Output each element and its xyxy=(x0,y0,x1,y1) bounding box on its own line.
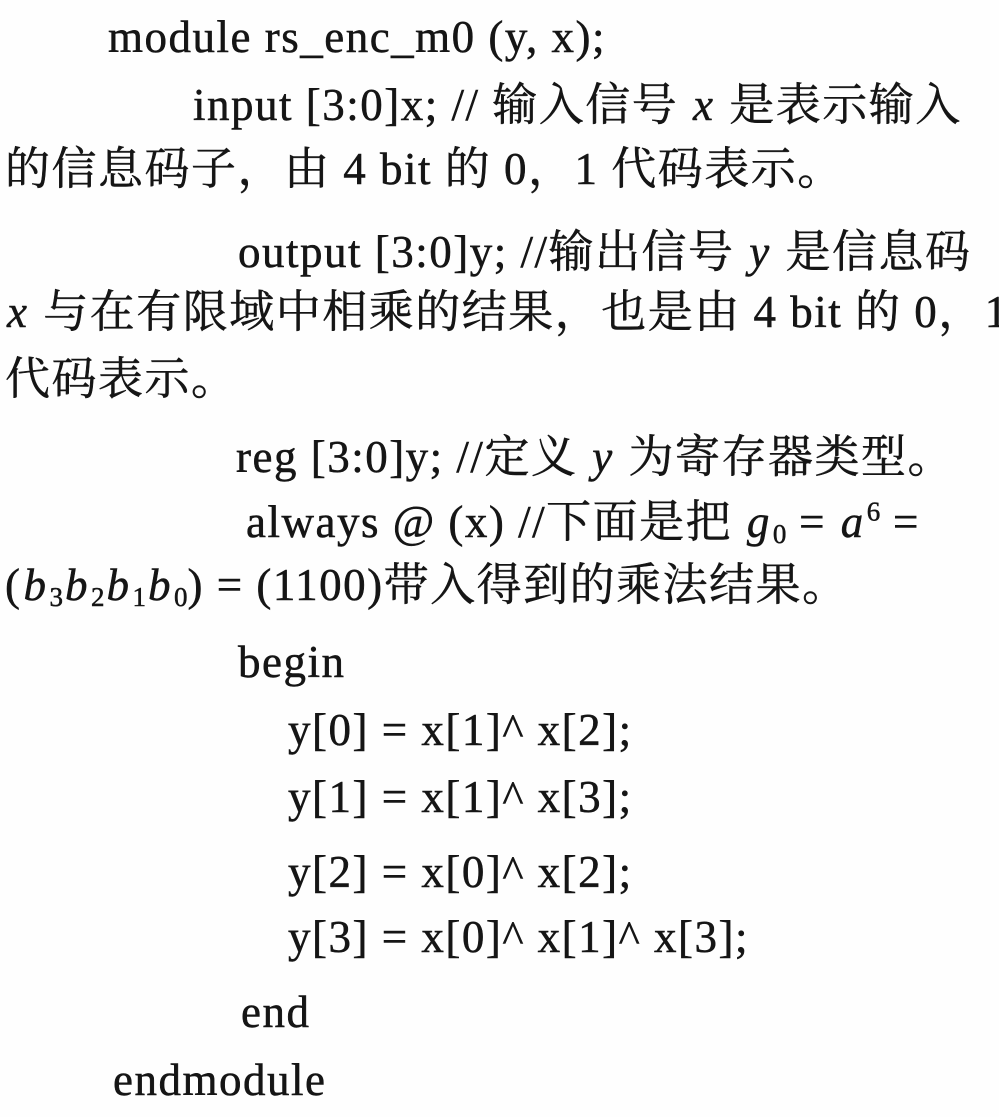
input-declaration-line: input [3:0]x; // 输入信号 x 是表示输入 xyxy=(193,78,962,132)
assignment-y0-line: y[0] = x[1]^ x[2]; xyxy=(288,703,633,757)
reg-declaration-line: reg [3:0]y; //定义 y 为寄存器类型。 xyxy=(236,430,954,484)
assignment-y2-line: y[2] = x[0]^ x[2]; xyxy=(288,845,633,899)
begin-keyword-line: begin xyxy=(238,635,345,689)
endmodule-keyword-line: endmodule xyxy=(113,1053,326,1107)
always-statement-line: always @ (x) //下面是把 g0 = a6 = xyxy=(246,495,920,549)
output-comment-continuation-line-1: x 与在有限域中相乘的结果，也是由 4 bit 的 0，1 xyxy=(5,285,999,339)
always-comment-continuation-line: (b3b2b1b0) = (1100)带入得到的乘法结果。 xyxy=(5,558,849,612)
scanned-code-page: module rs_enc_m0 (y, x); input [3:0]x; /… xyxy=(0,0,999,1117)
end-keyword-line: end xyxy=(241,985,310,1039)
assignment-y3-line: y[3] = x[0]^ x[1]^ x[3]; xyxy=(288,910,749,964)
assignment-y1-line: y[1] = x[1]^ x[3]; xyxy=(288,770,633,824)
output-declaration-line: output [3:0]y; //输出信号 y 是信息码 xyxy=(238,225,972,279)
module-declaration-line: module rs_enc_m0 (y, x); xyxy=(108,10,606,64)
output-comment-continuation-line-2: 代码表示。 xyxy=(5,352,238,406)
input-comment-continuation-line: 的信息码子，由 4 bit 的 0，1 代码表示。 xyxy=(5,142,844,196)
